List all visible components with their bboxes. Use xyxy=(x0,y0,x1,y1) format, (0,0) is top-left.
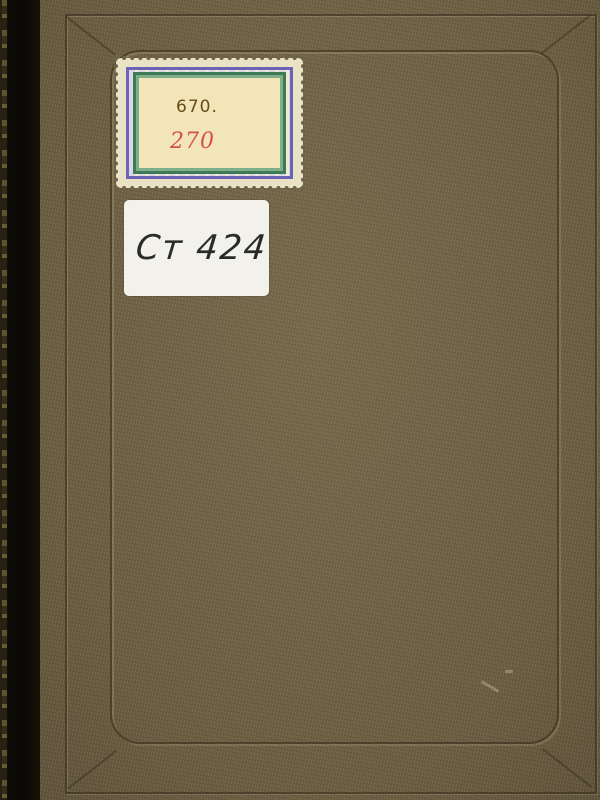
library-stamp-label: 670. 270 xyxy=(118,60,301,186)
call-number-text: Ст 424 xyxy=(134,228,269,268)
stamp-green-frame: 670. 270 xyxy=(133,72,286,174)
book-spine xyxy=(0,0,40,800)
cover-scuff xyxy=(505,670,513,673)
spine-edge-wear xyxy=(2,0,7,800)
stamp-inventory-number: 670. xyxy=(176,97,218,117)
call-number-label: Ст 424 xyxy=(124,200,269,296)
stamp-red-number: 270 xyxy=(170,129,215,154)
